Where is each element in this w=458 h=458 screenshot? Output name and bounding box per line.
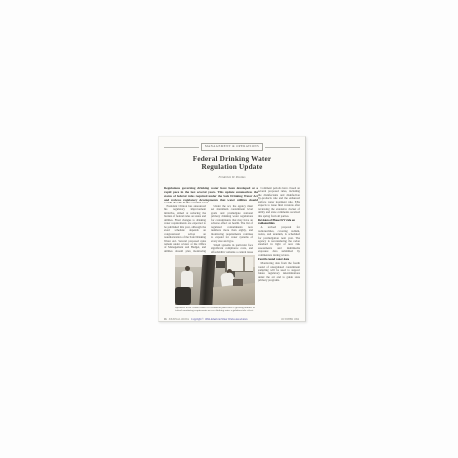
title-line-1: Federal Drinking Water	[159, 155, 305, 163]
text-column-1: President Clinton has announced his regu…	[164, 205, 206, 253]
journal-name: JOURNAL AWWA	[169, 318, 189, 321]
photo-chair	[175, 287, 191, 305]
department-badge: MANAGEMENT & OPERATIONS	[201, 143, 263, 150]
photo-person-left	[181, 271, 193, 287]
copyright-link[interactable]: Copyright © 1994 American Water Works As…	[191, 318, 248, 321]
body-paragraph: President Clinton has announced his regu…	[164, 205, 206, 253]
text-column-2: Under the act, the agency must set maxim…	[211, 205, 253, 253]
text-column-3: Comment periods have closed on several p…	[258, 187, 300, 315]
photo-equipment-box	[233, 279, 243, 286]
header-rule-left	[164, 147, 199, 148]
header-rule-right	[265, 147, 300, 148]
page-footer: 16 JOURNAL AWWA Copyright © 1994 America…	[164, 317, 299, 321]
photo-window-blind	[243, 257, 245, 271]
journal-page: MANAGEMENT & OPERATIONS Federal Drinking…	[158, 136, 306, 322]
article-photo	[175, 255, 255, 305]
department-header: MANAGEMENT & OPERATIONS	[164, 143, 300, 151]
body-paragraph: Comment periods have closed on several p…	[258, 187, 300, 218]
body-paragraph: Under the act, the agency must set maxim…	[211, 205, 253, 243]
title-line-2: Regulation Update	[159, 163, 305, 171]
article-lede: Regulations governing drinking water hav…	[164, 187, 258, 203]
article-author: Frederick W. Pontius	[159, 176, 305, 180]
body-paragraph: A revised proposal for radionuclides, co…	[258, 226, 300, 257]
photo-caption: Operators in the control room of a treat…	[175, 307, 255, 315]
issue-date: OCTOBER 1994	[281, 318, 299, 321]
photo-monitor	[216, 261, 225, 268]
article-title: Federal Drinking Water Regulation Update	[159, 155, 305, 172]
body-paragraph: Small systems in particular face signifi…	[211, 244, 253, 253]
page-number: 16	[164, 318, 167, 321]
body-paragraph: Monitoring data from the fourth round of…	[258, 262, 300, 283]
